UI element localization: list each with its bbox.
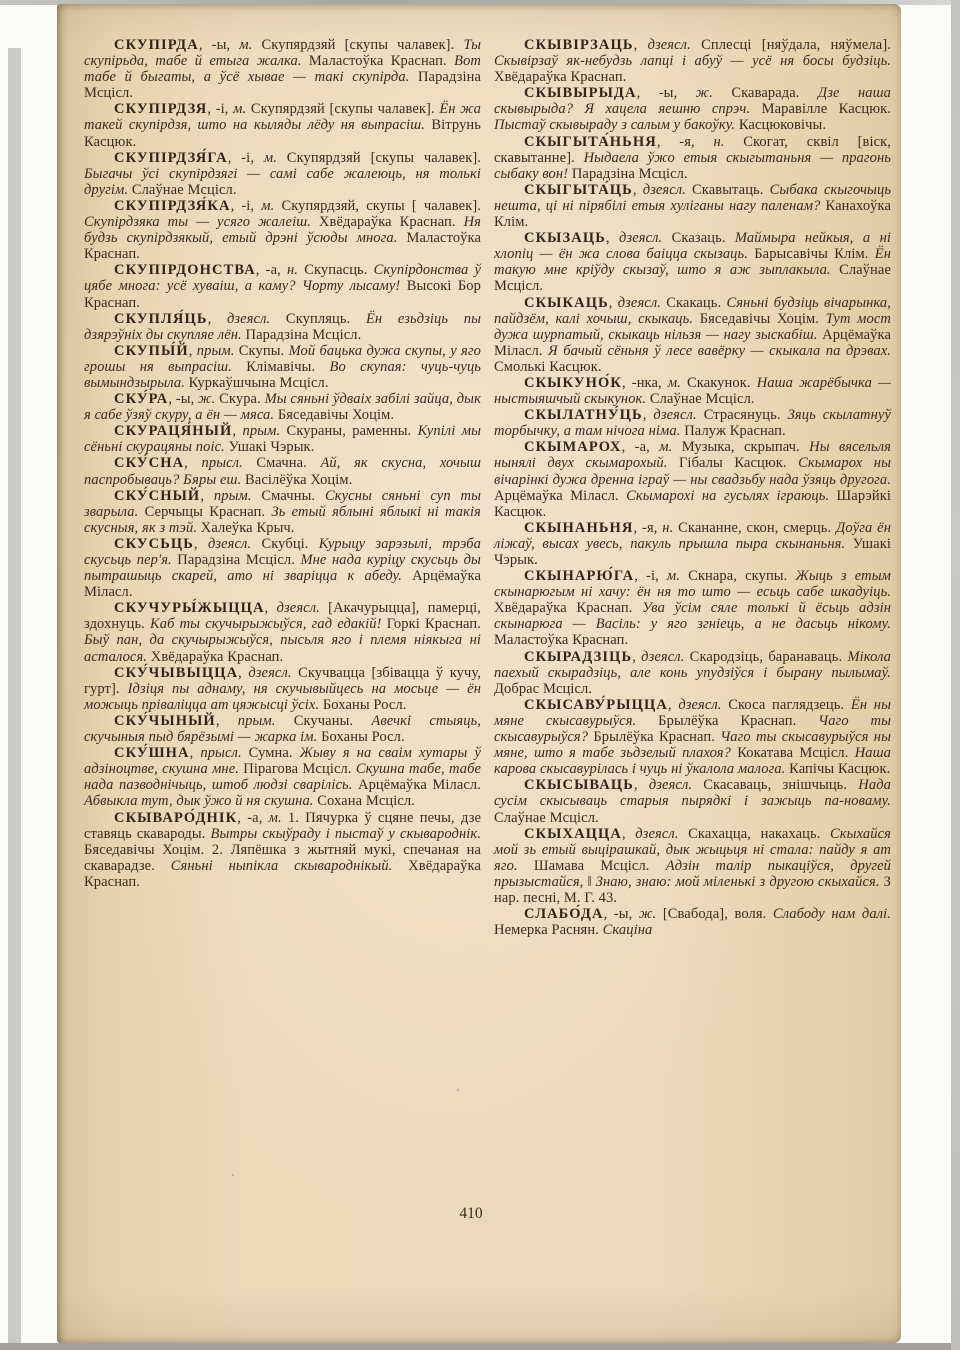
headword: СКУРАЦЯ́НЫЙ — [114, 423, 232, 439]
scanner-edge-left — [8, 48, 21, 1343]
definition-text: , -а, — [256, 262, 287, 278]
headword: СКЫХАЦЦА — [524, 826, 622, 842]
definition-text: Скупярдзяй, скупы [ чалавек]. — [274, 198, 481, 214]
definition-text: , -ы, — [637, 85, 696, 101]
definition-text: Бяседавічы Хоцім. — [274, 407, 394, 423]
definition-text: Скупляць. — [270, 311, 366, 327]
definition-text: , -а, — [237, 810, 268, 826]
example-text: Абвыкла тут, дык ўжо й ня скушна. — [84, 793, 314, 809]
definition-text: , -ы, — [168, 391, 198, 407]
definition-text: Сумна. — [242, 745, 300, 761]
example-text: м. — [668, 375, 681, 391]
headword: СКЫКУНО́К — [524, 375, 622, 391]
definition-text: Бяседавічы Хоцім. — [693, 311, 826, 327]
example-text: м. — [261, 198, 274, 214]
dictionary-entry: СКЫРАДЗІЦЬ, дзеясл. Скародзіць, баранава… — [494, 649, 891, 697]
definition-text: Пірагова Мсцісл. — [239, 761, 356, 777]
example-text: дзеясл. — [208, 536, 251, 552]
definition-text: Добрас Мсцісл. — [494, 681, 592, 697]
definition-text: Скупярдзяй [скупы чалавек]. — [277, 150, 481, 166]
dictionary-entry: СКУ́ЧЫНЫЙ, прым. Скучаны. Авечкі стыяць,… — [84, 713, 481, 745]
headword: СКЫЗАЦЬ — [524, 230, 606, 246]
definition-text: Парадзіна Мсцісл. — [242, 327, 362, 343]
scanned-book-spread: { "colors": { "paper": "#ebd9ba", "ink":… — [0, 0, 960, 1350]
example-text: м. — [667, 568, 680, 584]
dictionary-entry: СКЫЗАЦЬ, дзеясл. Сказаць. Маймыра нейкыя… — [494, 230, 891, 294]
dictionary-entry: СКУПІРДЗЯ, -і, м. Скупярдзяй [скупы чала… — [84, 101, 481, 149]
definition-text: Скакаць. — [661, 295, 726, 311]
definition-text: Маравілле Касцюк. — [750, 101, 891, 117]
dictionary-entry: СКУПІРДОНСТВА, -а, н. Скупасць. Скупірдо… — [84, 262, 481, 310]
example-text: дзеясл. — [619, 230, 662, 246]
definition-text: Хвёдараўка Краснап. — [494, 69, 626, 85]
definition-text: Халеўка Крыч. — [197, 520, 294, 536]
definition-text: Скупярдзяй [скупы чалавек]. — [246, 101, 439, 117]
dictionary-entry: СКУ́СНА, прысл. Смачна. Ай, як скусна, х… — [84, 455, 481, 487]
definition-text: [Свабода], воля. — [656, 906, 773, 922]
definition-text: Скураны, раменны. — [280, 423, 418, 439]
definition-text: Арцёмаўка Міласл. — [352, 777, 481, 793]
definition-text: , -я, — [657, 134, 714, 150]
example-text: Пыстаў скывыраду з салым у бакоўку. — [494, 117, 735, 133]
definition-text: Скоса паглядзець. — [722, 697, 851, 713]
dictionary-entry: СКУПЫ́Й, прым. Скупы. Мой бацька дужа ск… — [84, 343, 481, 391]
definition-text: Музыка, скрыпач. — [672, 439, 809, 455]
headword: СЛАБО́ДА — [524, 906, 604, 922]
headword: СКЫЛАТНУ́ЦЬ — [524, 407, 643, 423]
definition-text: , — [200, 488, 214, 504]
example-text: дзеясл. — [649, 777, 692, 793]
scanned-page: СКУПІРДА, -ы, м. Скупярдзяй [скупы чалав… — [57, 4, 901, 1343]
example-text: дзеясл. — [277, 600, 320, 616]
headword: СКЫГЫТА́НЬНЯ — [524, 134, 657, 150]
dictionary-entry: СКЫХАЦЦА, дзеясл. Скахацца, накахаць. Ск… — [494, 826, 891, 906]
definition-text: Скахацца, накахаць. — [679, 826, 830, 842]
example-text: Сяньні ныпікла скывароднікый. — [171, 858, 393, 874]
definition-text: Боханы Росл. — [317, 729, 404, 745]
dictionary-entry: СКЫВІРЗАЦЬ, дзеясл. Сплесці [няўдала, ня… — [494, 37, 891, 85]
definition-text: , — [184, 455, 201, 471]
definition-text: , -і, — [634, 568, 667, 584]
definition-text: Хвёдараўка Краснап. — [147, 649, 283, 665]
definition-text: Скубці. — [251, 536, 319, 552]
definition-text: Смачны. — [252, 488, 325, 504]
definition-text: , — [668, 697, 678, 713]
definition-text: , -і, — [228, 150, 264, 166]
example-text: прым. — [214, 488, 252, 504]
headword: СКУ́ШНА — [114, 745, 190, 761]
dictionary-entry: СКУПІРДЗЯ́КА, -і, м. Скупярдзяй, скупы [… — [84, 198, 481, 262]
definition-text: Страсянуць. — [697, 407, 788, 423]
example-text: дзеясл. — [643, 182, 686, 198]
definition-text: Парадзіна Мсцісл. — [172, 552, 301, 568]
definition-text: , — [634, 777, 649, 793]
definition-text: , — [632, 649, 641, 665]
headword: СКЫНАРЮ́ГА — [524, 568, 634, 584]
example-text: дзеясл. — [227, 311, 270, 327]
dictionary-entry: СКУСЬЦЬ, дзеясл. Скубці. Курыцу зарэзылі… — [84, 536, 481, 600]
definition-text: , — [232, 423, 242, 439]
dictionary-entry: СКЫКУНО́К, -нка, м. Скакунок. Наша жарёб… — [494, 375, 891, 407]
example-text: ж. — [696, 85, 713, 101]
headword: СКЫГЫТА́ЦЬ — [524, 182, 633, 198]
headword: СКЫВІРЗАЦЬ — [524, 37, 634, 53]
example-text: Вытры скыўраду і пыстаў у скывароднік. — [211, 826, 481, 842]
definition-text: , — [609, 295, 618, 311]
definition-text: Боханы Росл. — [319, 697, 406, 713]
definition-text: Скупы. — [234, 343, 288, 359]
example-text: ж. — [639, 906, 656, 922]
dictionary-entry: СКЫСАВУ́РЫЦЦА, дзеясл. Скоса паглядзець.… — [494, 697, 891, 777]
headword: СКУ́СНА — [114, 455, 184, 471]
dictionary-entry: СКЫКАЦЬ, дзеясл. Скакаць. Сяньні будзіць… — [494, 295, 891, 375]
dictionary-entry: СКУПІРДА, -ы, м. Скупярдзяй [скупы чалав… — [84, 37, 481, 101]
definition-text: Скавытаць. — [686, 182, 770, 198]
definition-text: Сплесці [няўдала, няўмела]. — [691, 37, 891, 53]
dictionary-entry: СКЫГЫТА́ЦЬ, дзеясл. Скавытаць. Сыбака ск… — [494, 182, 891, 230]
definition-text: Брылёўка Краснап. — [636, 713, 818, 729]
headword: СКЫРАДЗІЦЬ — [524, 649, 632, 665]
definition-text: Куркаўшчына Мсцісл. — [185, 375, 329, 391]
headword: СКУ́ЧЫНЫЙ — [114, 713, 216, 729]
definition-text: Скананне, скон, смерць. — [673, 520, 836, 536]
dictionary-column-right: СКЫВІРЗАЦЬ, дзеясл. Сплесці [няўдала, ня… — [494, 37, 891, 938]
definition-text: , — [633, 182, 643, 198]
example-text: дзеясл. — [635, 826, 678, 842]
dictionary-entry: СЛАБО́ДА, -ы, ж. [Свабода], воля. Слабод… — [494, 906, 891, 938]
definition-text: Сказаць. — [662, 230, 735, 246]
definition-text: Хвёдараўка Краснап. — [494, 600, 642, 616]
definition-text: , — [606, 230, 619, 246]
example-text: дзеясл. — [641, 649, 684, 665]
definition-text: Смачна. — [243, 455, 321, 471]
definition-text: , — [265, 600, 277, 616]
definition-text: Касцюковічы. — [735, 117, 826, 133]
example-text: дзеясл. — [648, 37, 691, 53]
example-text: Скымарохі на гусьлях іграюць. — [626, 488, 829, 504]
dictionary-entry: СКУПІРДЗЯ́ГА, -і, м. Скупярдзяй [скупы ч… — [84, 150, 481, 198]
definition-text: , -ы, — [604, 906, 639, 922]
scanner-edge-right — [951, 0, 960, 1350]
definition-text: Скасаваць, знішчыць. — [692, 777, 858, 793]
definition-text: Хвёдараўка Краснап. — [311, 214, 464, 230]
headword: СКУПІРДОНСТВА — [114, 262, 256, 278]
definition-text: Скупасць. — [298, 262, 374, 278]
headword: СКЫСЫВАЦЬ — [524, 777, 634, 793]
headword: СКУПІРДА — [114, 37, 199, 53]
definition-text: Скаварада. — [713, 85, 818, 101]
dictionary-entry: СКУПЛЯ́ЦЬ, дзеясл. Скупляць. Ён езьдзіць… — [84, 311, 481, 343]
definition-text: Барысавічы Клім. — [748, 246, 875, 262]
definition-text: Скупярдзяй [скупы чалавек]. — [252, 37, 463, 53]
definition-text: Маластоўка Краснап. — [494, 632, 628, 648]
definition-text: Слаўнае Мсцісл. — [494, 810, 599, 826]
definition-text: Сохана Мсцісл. — [314, 793, 415, 809]
example-text: Скупірдзяка ты — усяго жалеіш. — [84, 214, 311, 230]
definition-text: , -і, — [231, 198, 262, 214]
example-text: ж. — [198, 391, 215, 407]
definition-text: Маластоўка Краснап. — [302, 53, 455, 69]
definition-text: Немерка Раснян. — [494, 922, 603, 938]
dictionary-entry: СКУ́РА, -ы, ж. Скура. Мы сяньні ўдваіх з… — [84, 391, 481, 423]
definition-text: , — [643, 407, 654, 423]
example-text: Я бачый сёньня ў лесе вавёрку — скыкала … — [548, 343, 891, 359]
example-text: дзеясл. — [653, 407, 696, 423]
dictionary-entry: СКУ́ШНА, прысл. Сумна. Жыву я на сваім х… — [84, 745, 481, 809]
dictionary-entry: СКЫНАНЬНЯ, -я, н. Скананне, скон, смерць… — [494, 520, 891, 568]
definition-text: , — [190, 745, 201, 761]
definition-text: , -я, — [634, 520, 663, 536]
headword: СКУ́СНЫЙ — [114, 488, 200, 504]
headword: СКЫМАРОХ — [524, 439, 622, 455]
headword: СКЫВЫРЫДА — [524, 85, 637, 101]
definition-text: Шамава Мсцісл. — [518, 858, 666, 874]
page-number: 410 — [71, 1205, 871, 1223]
definition-text: , — [208, 311, 227, 327]
dictionary-entry: СКЫВЫРЫДА, -ы, ж. Скаварада. Дзе наша ск… — [494, 85, 891, 133]
definition-text: Скучаны. — [275, 713, 371, 729]
example-text: прысл. — [202, 455, 243, 471]
dictionary-entry: СКЫНАРЮ́ГА, -і, м. Скнара, скупы. Жыць з… — [494, 568, 891, 648]
definition-text: , — [238, 665, 248, 681]
definition-text: Кокатава Мсцісл. — [731, 745, 855, 761]
definition-text: Слаўнае Мсцісл. — [646, 391, 755, 407]
example-text: н. — [662, 520, 673, 536]
paper-speck — [457, 1089, 459, 1091]
definition-text: Горкі Краснап. — [382, 616, 481, 632]
definition-text: Арцёмаўка Міласл. — [494, 488, 626, 504]
definition-text: , — [189, 343, 197, 359]
definition-text: Гібалы Касцюк. — [668, 455, 799, 471]
example-text: прысл. — [200, 745, 241, 761]
definition-text: Ушакі Чэрык. — [225, 439, 315, 455]
headword: СКЫКАЦЬ — [524, 295, 609, 311]
example-text: н. — [713, 134, 724, 150]
example-text: дзеясл. — [618, 295, 661, 311]
example-text: Слабоду нам далі. — [773, 906, 891, 922]
definition-text: , -ы, — [199, 37, 239, 53]
definition-text: , -а, — [622, 439, 660, 455]
dictionary-entry: СКЫЛАТНУ́ЦЬ, дзеясл. Страсянуць. Зяць ск… — [494, 407, 891, 439]
definition-text: Слаўнае Мсцісл. — [128, 182, 237, 198]
definition-text: , — [634, 37, 648, 53]
headword: СКУПІРДЗЯ — [114, 101, 207, 117]
headword: СКУПІРДЗЯ́ГА — [114, 150, 228, 166]
headword: СКУ́РА — [114, 391, 168, 407]
dictionary-entry: СКЫВАРО́ДНІК, -а, м. 1. Пячурка ў сцяне … — [84, 810, 481, 890]
definition-text: , — [216, 713, 238, 729]
definition-text: Смолькі Касцюк. — [494, 359, 602, 375]
headword: СКУ́ЧЫВЫЦЦА — [114, 665, 238, 681]
definition-text: Серчыцы Краснап. — [138, 504, 271, 520]
headword: СКУЧУРЫ́ЖЫЦЦА — [114, 600, 265, 616]
example-text: м. — [233, 101, 246, 117]
definition-text: , -нка, — [622, 375, 668, 391]
definition-text: Скакунок. — [681, 375, 757, 391]
example-text: прым. — [242, 423, 280, 439]
dictionary-entry: СКУРАЦЯ́НЫЙ, прым. Скураны, раменны. Куп… — [84, 423, 481, 455]
definition-text: Клімавічы. — [232, 359, 330, 375]
definition-text: , -і, — [207, 101, 233, 117]
definition-text: Брылёўка Краснап. — [588, 729, 720, 745]
definition-text: Скнара, скупы. — [680, 568, 795, 584]
dictionary-entry: СКЫСЫВАЦЬ, дзеясл. Скасаваць, знішчыць. … — [494, 777, 891, 825]
example-text: м. — [239, 37, 252, 53]
scanner-edge-bottom — [0, 1343, 960, 1350]
example-text: Скаціна — [603, 922, 653, 938]
example-text: м. — [659, 439, 672, 455]
dictionary-entry: СКЫГЫТА́НЬНЯ, -я, н. Скогат, сквіл [віск… — [494, 134, 891, 182]
headword: СКУСЬЦЬ — [114, 536, 194, 552]
definition-text: , — [194, 536, 208, 552]
dictionary-column-left: СКУПІРДА, -ы, м. Скупярдзяй [скупы чалав… — [84, 37, 481, 890]
example-text: прым. — [238, 713, 276, 729]
example-text: дзеясл. — [678, 697, 721, 713]
example-text: прым. — [197, 343, 235, 359]
definition-text: Скура. — [215, 391, 264, 407]
dictionary-entry: СКУ́СНЫЙ, прым. Смачны. Скусны сяньні су… — [84, 488, 481, 536]
definition-text: Палуж Краснап. — [680, 423, 785, 439]
definition-text: Васілёўка Хоцім. — [241, 472, 352, 488]
example-text: дзеясл. — [248, 665, 291, 681]
example-text: Ідзіця пы аднаму, ня скучывыйцесь на мос… — [84, 681, 481, 713]
definition-text: Скародзіць, баранаваць. — [684, 649, 847, 665]
headword: СКУПЫ́Й — [114, 343, 189, 359]
example-text: н. — [287, 262, 298, 278]
headword: СКЫНАНЬНЯ — [524, 520, 634, 536]
headword: СКЫСАВУ́РЫЦЦА — [524, 697, 668, 713]
definition-text: Парадзіна Мсцісл. — [568, 166, 688, 182]
headword: СКЫВАРО́ДНІК — [114, 810, 237, 826]
dictionary-entry: СКУ́ЧЫВЫЦЦА, дзеясл. Скучвацца [збівацца… — [84, 665, 481, 713]
dictionary-entry: СКУЧУРЫ́ЖЫЦЦА, дзеясл. [Акачурыцца], пам… — [84, 600, 481, 664]
paper-speck — [232, 1174, 234, 1176]
definition-text: Капічы Касцюк. — [785, 761, 890, 777]
example-text: м. — [269, 810, 282, 826]
dictionary-entry: СКЫМАРОХ, -а, м. Музыка, скрыпач. Ны вяс… — [494, 439, 891, 519]
example-text: м. — [264, 150, 277, 166]
headword: СКУПЛЯ́ЦЬ — [114, 311, 208, 327]
headword: СКУПІРДЗЯ́КА — [114, 198, 231, 214]
example-text: Скывірзаў як-небудзь лапці і абуў — усё … — [494, 53, 891, 69]
example-text: Каб ты скучырыжыўся, гад едакій! — [150, 616, 382, 632]
definition-text: , — [622, 826, 635, 842]
